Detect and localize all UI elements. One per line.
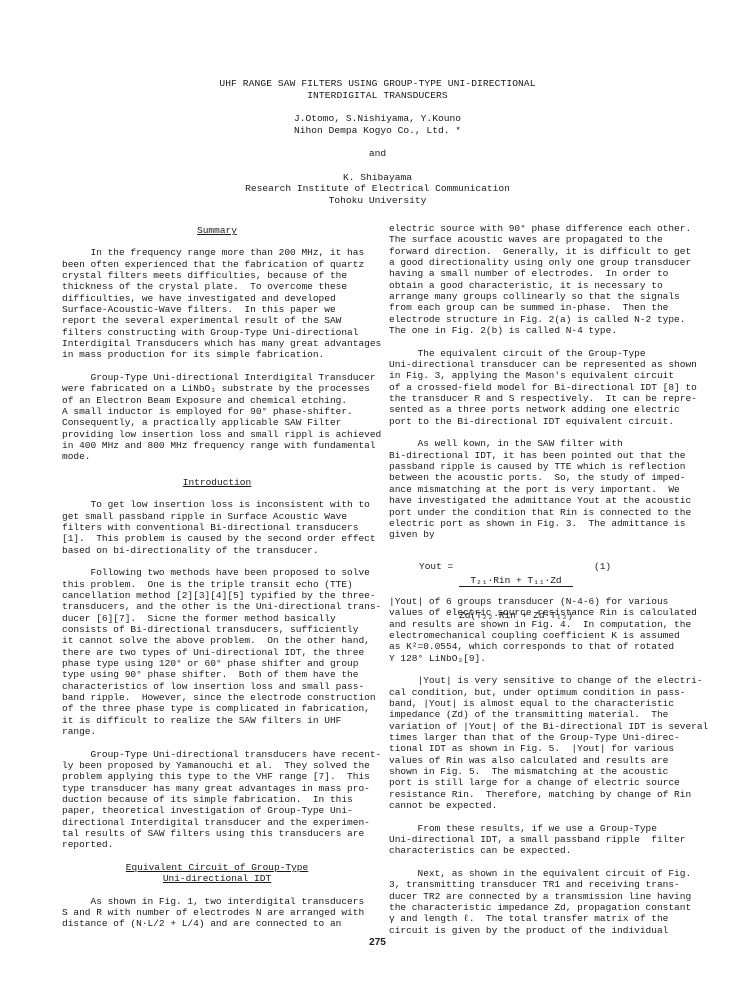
right-paragraph-1: electric source with 90° phase differenc… <box>389 223 709 336</box>
equivalent-circuit-heading-line-2: Uni-directional IDT <box>62 873 372 884</box>
paper-page: UHF RANGE SAW FILTERS USING GROUP-TYPE U… <box>0 0 755 1000</box>
authors-primary: J.Otomo, S.Nishiyama, Y.Kouno <box>0 113 755 125</box>
right-paragraph-5: |Yout| is very sensitive to change of th… <box>389 675 709 811</box>
affiliation-secondary-line-2: Tohoku University <box>0 195 755 207</box>
right-column: electric source with 90° phase differenc… <box>389 223 709 947</box>
introduction-paragraph-2: Following two methods have been proposed… <box>62 567 372 737</box>
right-paragraph-3: As well kown, in the SAW filter with Bi-… <box>389 438 709 540</box>
authors-secondary: K. Shibayama <box>0 172 755 184</box>
paper-header: UHF RANGE SAW FILTERS USING GROUP-TYPE U… <box>0 78 755 206</box>
summary-paragraph-2: Group-Type Uni-directional Interdigital … <box>62 372 372 463</box>
equation-fraction: T₂₁·Rin + T₁₁·Zd Zd(T₂₂·Rin + Zd·T₁₂) <box>459 552 573 644</box>
affiliation-primary: Nihon Dempa Kogyo Co., Ltd. * <box>0 125 755 137</box>
right-paragraph-7: Next, as shown in the equivalent circuit… <box>389 868 709 936</box>
paper-title-line-1: UHF RANGE SAW FILTERS USING GROUP-TYPE U… <box>0 78 755 90</box>
equivalent-circuit-paragraph-1: As shown in Fig. 1, two interdigital tra… <box>62 896 372 930</box>
left-column: Summary In the frequency range more than… <box>62 225 372 941</box>
equation-1: Yout = T₂₁·Rin + T₁₁·Zd Zd(T₂₂·Rin + Zd·… <box>389 552 709 582</box>
right-paragraph-2: The equivalent circuit of the Group-Type… <box>389 348 709 427</box>
introduction-paragraph-3: Group-Type Uni-directional transducers h… <box>62 749 372 851</box>
paper-title-line-2: INTERDIGITAL TRANSDUCERS <box>0 90 755 102</box>
summary-paragraph-1: In the frequency range more than 200 MHz… <box>62 247 372 360</box>
equivalent-circuit-heading-line-1: Equivalent Circuit of Group-Type <box>62 862 372 873</box>
page-number: 275 <box>0 937 755 948</box>
author-conjunction: and <box>0 148 755 160</box>
introduction-heading: Introduction <box>62 477 372 488</box>
affiliation-secondary-line-1: Research Institute of Electrical Communi… <box>0 183 755 195</box>
equation-number: (1) <box>594 561 611 572</box>
equation-numerator: T₂₁·Rin + T₁₁·Zd <box>459 575 573 587</box>
introduction-paragraph-1: To get low insertion loss is inconsisten… <box>62 499 372 556</box>
equation-lhs: Yout = <box>419 561 453 572</box>
right-paragraph-6: From these results, if we use a Group-Ty… <box>389 823 709 857</box>
summary-heading: Summary <box>62 225 372 236</box>
equation-denominator: Zd(T₂₂·Rin + Zd·T₁₂) <box>459 610 573 621</box>
